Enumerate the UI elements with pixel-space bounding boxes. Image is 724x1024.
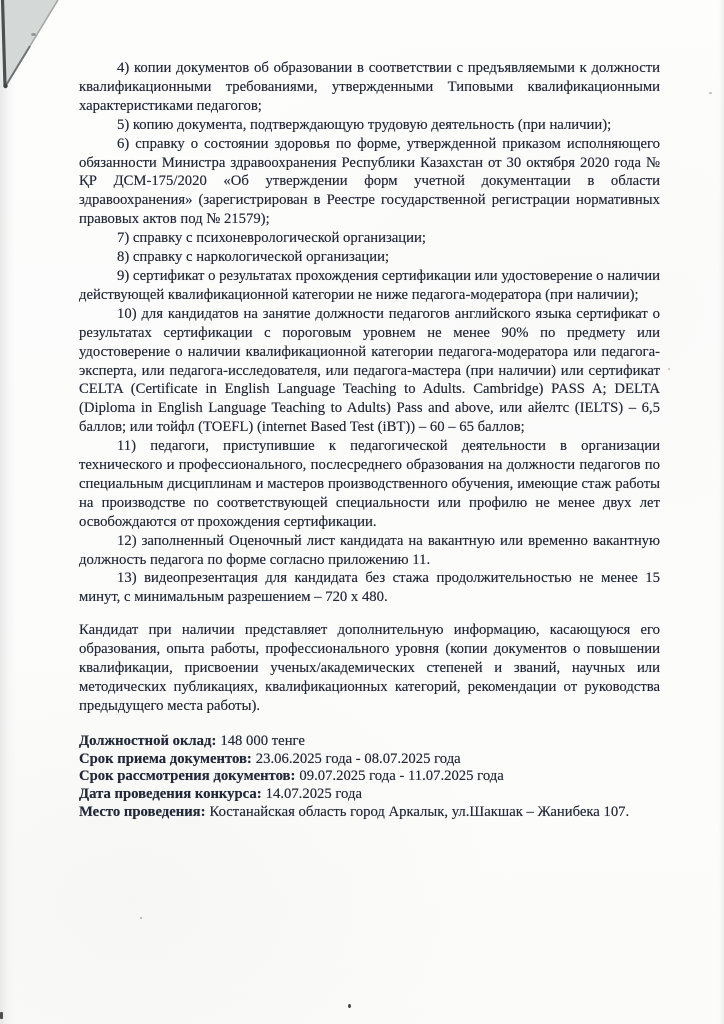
detail-submission-period-label: Срок приема документов: (79, 751, 252, 767)
detail-contest-date: Дата проведения конкурса:14.07.2025 года (79, 786, 660, 804)
scan-speck (709, 92, 712, 94)
page-corner-fold-icon (0, 0, 72, 102)
detail-submission-period-value: 23.06.2025 года - 08.07.2025 года (256, 751, 461, 767)
detail-contest-date-value: 14.07.2025 года (266, 786, 362, 802)
vacancy-details-block: Должностной оклад:148 000 тенге Срок при… (79, 733, 660, 822)
additional-info-paragraph: Кандидат при наличии представляет дополн… (79, 621, 660, 716)
detail-location-label: Место проведения: (79, 804, 206, 820)
detail-contest-date-label: Дата проведения конкурса: (79, 786, 262, 802)
detail-review-period-label: Срок рассмотрения документов: (79, 768, 295, 784)
document-body: 4) копии документов об образовании в соо… (79, 59, 660, 822)
detail-location: Место проведения:Костанайская область го… (79, 804, 660, 822)
scan-left-edge-shadow (0, 0, 16, 1024)
scan-speck (348, 1004, 351, 1008)
detail-salary-value: 148 000 тенге (220, 733, 305, 749)
detail-submission-period: Срок приема документов:23.06.2025 года -… (79, 751, 660, 769)
list-item-6: 6) справку о состоянии здоровья по форме… (79, 135, 660, 230)
scan-speck (668, 368, 670, 370)
detail-salary-label: Должностной оклад: (79, 733, 216, 749)
list-item-11: 11) педагоги, приступившие к педагогичес… (79, 437, 660, 532)
detail-location-value: Костанайская область город Аркалык, ул.Ш… (210, 804, 630, 820)
scanned-document-page: 4) копии документов об образовании в соо… (0, 0, 724, 1024)
detail-review-period-value: 09.07.2025 года - 11.07.2025 года (299, 768, 503, 784)
list-item-10: 10) для кандидатов на занятие должности … (79, 305, 660, 437)
list-item-12: 12) заполненный Оценочный лист кандидата… (79, 532, 660, 570)
detail-review-period: Срок рассмотрения документов:09.07.2025 … (79, 768, 660, 786)
list-item-7: 7) справку с психоневрологической органи… (79, 229, 660, 248)
list-item-9: 9) сертификат о результатах прохождения … (79, 267, 660, 305)
scan-speck (140, 917, 142, 919)
list-item-5: 5) копию документа, подтверждающую трудо… (79, 116, 660, 135)
list-item-4: 4) копии документов об образовании в соо… (79, 59, 660, 116)
list-item-8: 8) справку с наркологической организации… (79, 248, 660, 267)
detail-salary: Должностной оклад:148 000 тенге (79, 733, 660, 751)
list-item-13: 13) видеопрезентация для кандидата без с… (79, 569, 660, 607)
scan-right-edge-shadow (719, 0, 724, 1024)
